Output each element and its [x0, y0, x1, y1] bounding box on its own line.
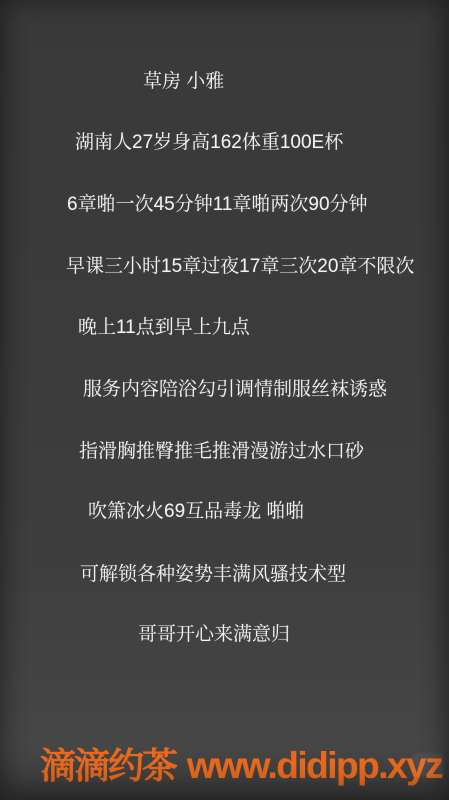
- footer-banner: 滴滴约茶 www.didipp.xyz: [40, 743, 442, 789]
- faint-watermark: [412, 753, 444, 777]
- hours-line: 晚上11点到早上九点: [78, 318, 250, 338]
- services-line-2: 指滑胸推臀推毛推滑漫游过水口砂: [79, 442, 364, 462]
- website-url: www.didipp.xyz: [187, 743, 442, 789]
- title-line: 草房 小雅: [143, 72, 224, 92]
- pricing-line-1: 6章啪一次45分钟11章啪两次90分钟: [67, 195, 368, 215]
- pricing-line-2: 早课三小时15章过夜17章三次20章不限次: [66, 257, 414, 277]
- stats-line: 湖南人27岁身高162体重100E杯: [75, 133, 343, 153]
- closing-line: 哥哥开心来满意归: [138, 625, 290, 645]
- services-line-1: 服务内容陪浴勾引调情制服丝袜诱惑: [83, 380, 387, 400]
- photo-vignette: [0, 0, 449, 800]
- flyer-image: 草房 小雅 湖南人27岁身高162体重100E杯 6章啪一次45分钟11章啪两次…: [0, 0, 449, 800]
- brand-name: 滴滴约茶: [40, 743, 176, 789]
- services-line-3: 吹箫冰火69互品毒龙 啪啪: [88, 502, 304, 522]
- services-line-4: 可解锁各种姿势丰满风骚技术型: [80, 565, 346, 585]
